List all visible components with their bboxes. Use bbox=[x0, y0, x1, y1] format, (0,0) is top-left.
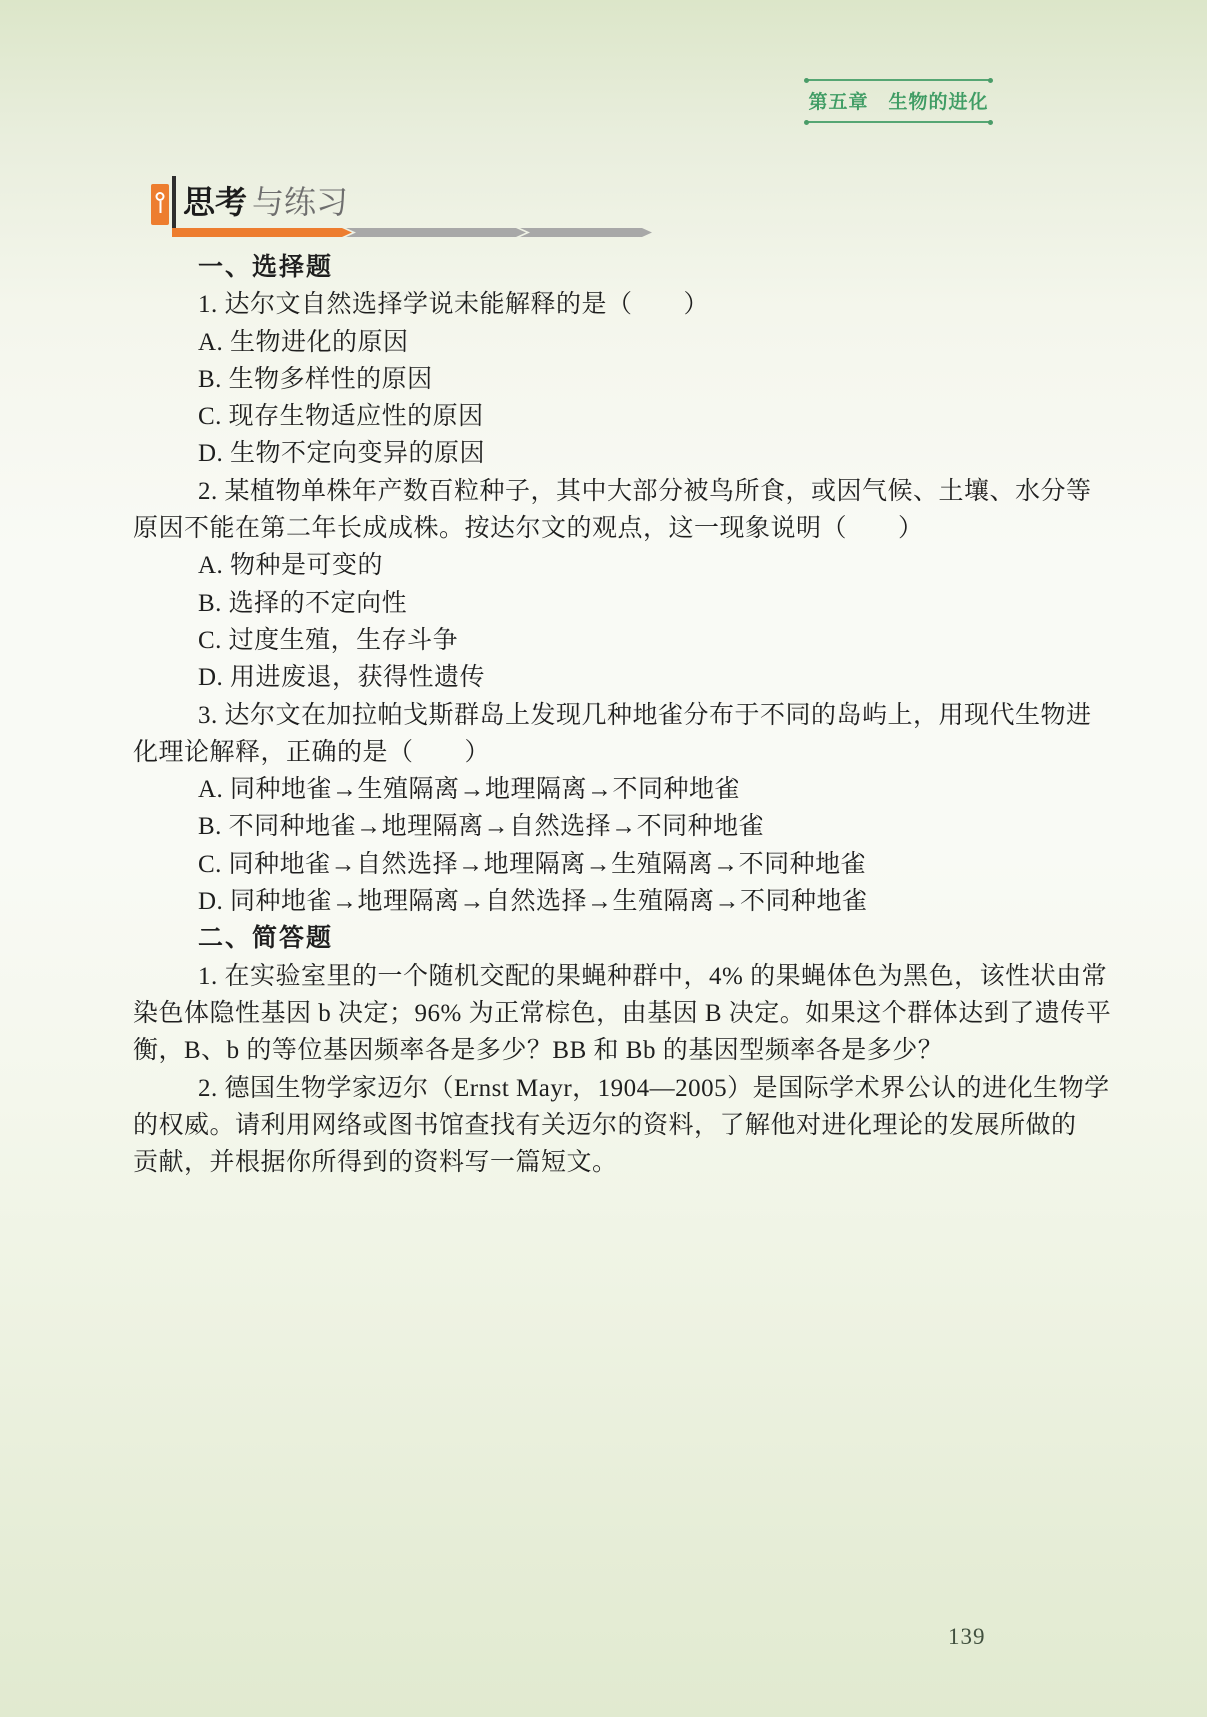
header-rule-top bbox=[806, 79, 991, 81]
question-3-option-c: C. 同种地雀→自然选择→地理隔离→生殖隔离→不同种地雀 bbox=[133, 846, 1083, 883]
question-2-stem-line-1: 2. 某植物单株年产数百粒种子，其中大部分被鸟所食，或因气候、土壤、水分等 bbox=[133, 473, 1083, 510]
question-2-option-b: B. 选择的不定向性 bbox=[133, 585, 1083, 622]
underline-arrow-gray-2 bbox=[520, 228, 652, 237]
section-heading-short-answer: 二、简答题 bbox=[133, 920, 1083, 957]
title-divider-bar bbox=[172, 176, 176, 234]
question-1-stem: 1. 达尔文自然选择学说未能解释的是（ ） bbox=[133, 286, 1083, 323]
short-answer-1-line-3: 衡，B、b 的等位基因频率各是多少？BB 和 Bb 的基因型频率各是多少？ bbox=[133, 1032, 1083, 1069]
question-1-option-d: D. 生物不定向变异的原因 bbox=[133, 435, 1083, 472]
question-1-option-a: A. 生物进化的原因 bbox=[133, 324, 1083, 361]
short-answer-1-line-2: 染色体隐性基因 b 决定；96% 为正常棕色，由基因 B 决定。如果这个群体达到… bbox=[133, 995, 1083, 1032]
key-icon-glyph bbox=[156, 192, 165, 201]
question-2-option-d: D. 用进废退，获得性遗传 bbox=[133, 659, 1083, 696]
key-icon bbox=[151, 184, 169, 225]
chapter-title: 第五章 生物的进化 bbox=[806, 81, 991, 121]
textbook-page: { "header": { "chapter": "第五章 生物的进化" }, … bbox=[0, 0, 1207, 1717]
question-2-stem-line-2: 原因不能在第二年长成成株。按达尔文的观点，这一现象说明（ ） bbox=[133, 510, 1083, 547]
question-3-stem-line-2: 化理论解释，正确的是（ ） bbox=[133, 734, 1083, 771]
section-title-main: 思考 bbox=[183, 184, 247, 220]
short-answer-2-line-2: 的权威。请利用网络或图书馆查找有关迈尔的资料，了解他对进化理论的发展所做的 bbox=[133, 1107, 1083, 1144]
question-1-option-b: B. 生物多样性的原因 bbox=[133, 361, 1083, 398]
short-answer-2-line-3: 贡献，并根据你所得到的资料写一篇短文。 bbox=[133, 1144, 1083, 1181]
question-3-option-a: A. 同种地雀→生殖隔离→地理隔离→不同种地雀 bbox=[133, 771, 1083, 808]
short-answer-2-line-1: 2. 德国生物学家迈尔（Ernst Mayr，1904—2005）是国际学术界公… bbox=[133, 1070, 1083, 1107]
question-1-option-c: C. 现存生物适应性的原因 bbox=[133, 398, 1083, 435]
question-3-option-d: D. 同种地雀→地理隔离→自然选择→生殖隔离→不同种地雀 bbox=[133, 883, 1083, 920]
section-title-sub: 与练习 bbox=[252, 184, 348, 220]
exercise-body: 一、选择题 1. 达尔文自然选择学说未能解释的是（ ） A. 生物进化的原因 B… bbox=[133, 249, 1083, 1181]
section-heading-choice: 一、选择题 bbox=[133, 249, 1083, 286]
section-title: 思考与练习 bbox=[183, 184, 348, 220]
question-3-option-b: B. 不同种地雀→地理隔离→自然选择→不同种地雀 bbox=[133, 808, 1083, 845]
question-2-option-a: A. 物种是可变的 bbox=[133, 547, 1083, 584]
chapter-header: 第五章 生物的进化 bbox=[806, 79, 991, 123]
page-number: 139 bbox=[948, 1624, 986, 1650]
underline-arrow-orange bbox=[172, 228, 352, 237]
question-2-option-c: C. 过度生殖，生存斗争 bbox=[133, 622, 1083, 659]
question-3-stem-line-1: 3. 达尔文在加拉帕戈斯群岛上发现几种地雀分布于不同的岛屿上，用现代生物进 bbox=[133, 697, 1083, 734]
header-rule-bottom bbox=[806, 121, 991, 123]
title-underline bbox=[172, 228, 652, 237]
short-answer-1-line-1: 1. 在实验室里的一个随机交配的果蝇种群中，4% 的果蝇体色为黑色，该性状由常 bbox=[133, 958, 1083, 995]
underline-arrow-gray-1 bbox=[346, 228, 526, 237]
